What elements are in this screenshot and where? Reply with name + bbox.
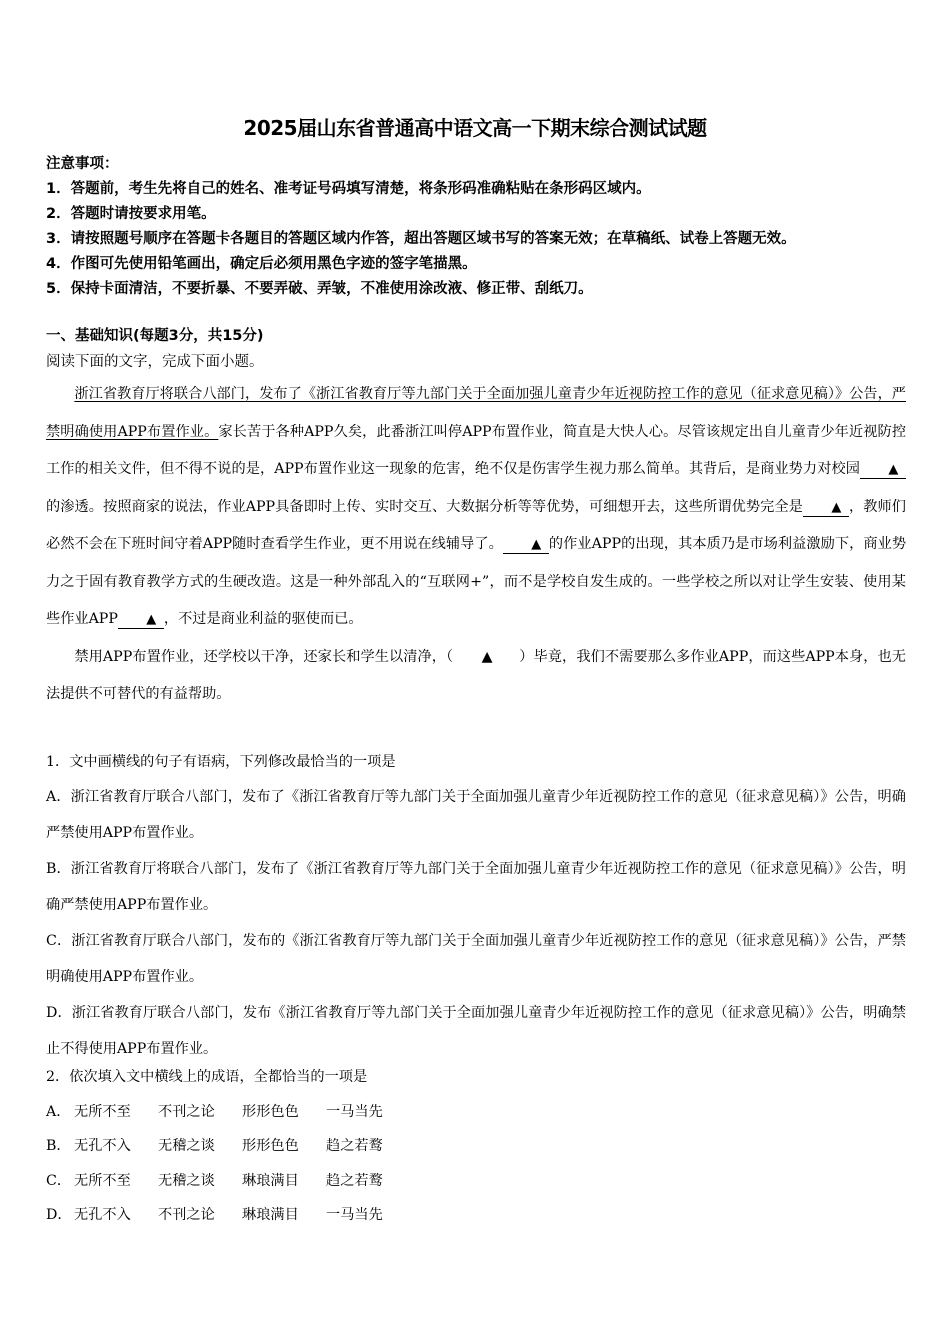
notes-section: 注意事项： 1．答题前，考生先将自己的姓名、准考证号码填写清楚，将条形码准确粘贴… xyxy=(46,152,916,302)
passage-paragraph-1: 浙江省教育厅将联合八部门，发布了《浙江省教育厅等九部门关于全面加强儿童青少年近视… xyxy=(46,376,906,639)
option-c: C．浙江省教育厅联合八部门，发布的《浙江省教育厅等九部门关于全面加强儿童青少年近… xyxy=(46,923,906,995)
note-item: 3．请按照题号顺序在答题卡各题目的答题区域内作答，超出答题区域书写的答案无效；在… xyxy=(46,227,916,252)
question-stem: 1．文中画横线的句子有语病，下列修改最恰当的一项是 xyxy=(46,745,906,779)
note-item: 2．答题时请按要求用笔。 xyxy=(46,202,916,227)
section-instruction: 阅读下面的文字，完成下面小题。 xyxy=(46,350,264,371)
triangle-icon: ▲ xyxy=(146,612,156,627)
section-heading: 一、基础知识(每题3分，共15分) xyxy=(46,324,264,345)
fill-blank-3: ▲ xyxy=(503,537,549,554)
option-b: B．无孔不入无稽之谈形形色色趋之若鹜 xyxy=(46,1129,906,1164)
passage-paragraph-2: 禁用APP布置作业，还学校以干净，还家长和学生以清净，（▲）毕竟，我们不需要那么… xyxy=(46,639,906,714)
fill-blank-2: ▲ xyxy=(803,500,849,517)
triangle-icon: ▲ xyxy=(831,500,841,515)
question-2: 2．依次填入文中横线上的成语，全都恰当的一项是 A．无所不至不刊之论形形色色一马… xyxy=(46,1060,906,1233)
exam-page: 2025届山东省普通高中语文高一下期末综合测试试题 注意事项： 1．答题前，考生… xyxy=(0,0,950,1344)
note-item: 4．作图可先使用铅笔画出，确定后必须用黑色字迹的签字笔描黑。 xyxy=(46,252,916,277)
reading-passage: 浙江省教育厅将联合八部门，发布了《浙江省教育厅等九部门关于全面加强儿童青少年近视… xyxy=(46,376,906,714)
fill-blank-4: ▲ xyxy=(118,612,164,629)
option-c: C．无所不至无稽之谈琳琅满目趋之若鹜 xyxy=(46,1164,906,1199)
triangle-icon: ▲ xyxy=(531,537,541,552)
fill-blank-1: ▲ xyxy=(860,462,906,479)
option-a: A．浙江省教育厅联合八部门，发布了《浙江省教育厅等九部门关于全面加强儿童青少年近… xyxy=(46,779,906,851)
option-d: D．无孔不入不刊之论琳琅满目一马当先 xyxy=(46,1198,906,1233)
triangle-icon: ▲ xyxy=(888,462,898,477)
page-title: 2025届山东省普通高中语文高一下期末综合测试试题 xyxy=(0,112,950,141)
option-a: A．无所不至不刊之论形形色色一马当先 xyxy=(46,1095,906,1130)
notes-heading: 注意事项： xyxy=(46,152,916,177)
option-b: B．浙江省教育厅将联合八部门，发布了《浙江省教育厅等九部门关于全面加强儿童青少年… xyxy=(46,851,906,923)
question-1: 1．文中画横线的句子有语病，下列修改最恰当的一项是 A．浙江省教育厅联合八部门，… xyxy=(46,745,906,1067)
triangle-icon: ▲ xyxy=(453,639,519,677)
option-d: D．浙江省教育厅联合八部门，发布《浙江省教育厅等九部门关于全面加强儿童青少年近视… xyxy=(46,995,906,1067)
note-item: 5．保持卡面清洁，不要折暴、不要弄破、弄皱，不准使用涂改液、修正带、刮纸刀。 xyxy=(46,277,916,302)
note-item: 1．答题前，考生先将自己的姓名、准考证号码填写清楚，将条形码准确粘贴在条形码区域… xyxy=(46,177,916,202)
question-stem: 2．依次填入文中横线上的成语，全都恰当的一项是 xyxy=(46,1060,906,1095)
